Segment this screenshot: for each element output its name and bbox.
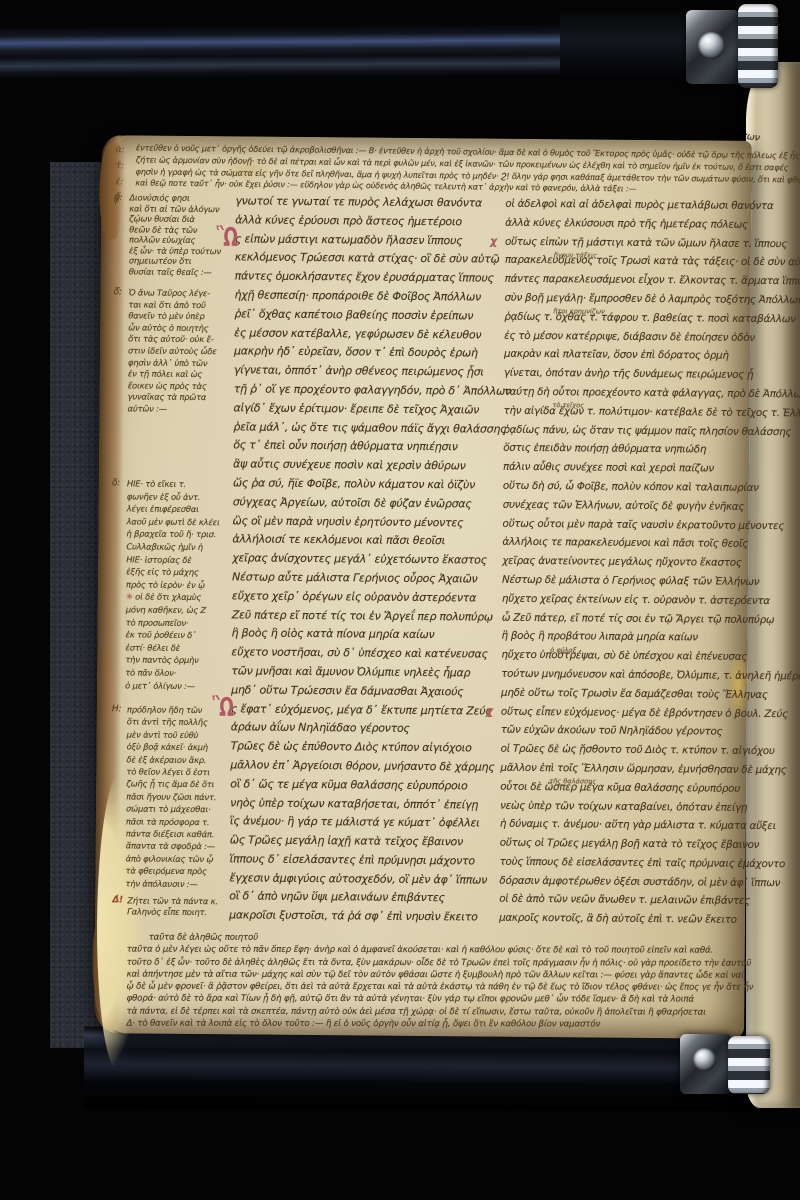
text-line: ῥᾳδίως πάνυ, ὡς ὅταν τις ψάμμον παῖς πλη…: [503, 420, 747, 441]
text-line: δὲ ἐξ ἀκέραιον ἄκρ.: [126, 753, 232, 766]
text-line: μηδὲ οὕτω τοῖς Τρωσὶν ἔα δαμάζεσθαι τοὺς…: [501, 683, 745, 704]
main-text-column-paraphrase: οἱ ἀδελφοὶ καὶ αἱ ἀδελφαὶ πυρὸς μεταλάβω…: [499, 195, 749, 930]
scholion-siglum: ὅ:: [112, 477, 120, 490]
text-line: τὰ πάντα, εἰ δὲ τέρπει καὶ τὰ σκεπτέα, π…: [126, 1005, 744, 1018]
text-line: ταῦτα δὲ ἀληθῶς ποιητοῦ: [127, 932, 745, 945]
text-line: νεὼς ὑπὲρ τῶν τοίχων καταβαίνει, ὁπόταν …: [500, 796, 744, 817]
text-line: πάντες παρακελευσάμενοι εἶχον τ. ἕλκοντα…: [505, 270, 749, 291]
text-line: καὶ ἀπήντησε μὲν τὰ αἴτια τῶν· μάχης καὶ…: [127, 968, 745, 981]
text-line: τὸ θεῖον λέγει ὅ ἐστι: [126, 765, 232, 778]
text-line: πάντα διέξεισι καθάπ.: [126, 827, 232, 840]
text-line: ταῦτα ὁ μὲν λέγει ὡς οὔτε τὸ πᾶν ὅπερ ἔφ…: [127, 944, 745, 957]
text-line: ὣς Τρῶες μεγάλῃ ἰαχῇ κατὰ τεῖχος ἔβαινον: [230, 831, 492, 852]
text-line: Τρῶες δὲ ὡς ἐπύθοντο Διὸς κτύπον αἰγιόχο…: [231, 737, 493, 758]
text-line: ὦ Ζεῦ πάτερ, εἴ ποτέ τίς σοι ἐν τῷ Ἄργει…: [502, 608, 746, 629]
text-line: Cυλλαβικῶς ἡμῖν ἡ: [126, 540, 234, 554]
text-line: οὕτως οὗτοι μὲν παρὰ ταῖς ναυσὶν ἐκρατοῦ…: [502, 514, 746, 535]
text-line: τούτων μνημόνευσον καὶ ἀπόσοβε, Ὀλύμπιε,…: [501, 665, 745, 686]
text-line: ἀλλὰ κύνες ἐρύουσι πρὸ ἄστεος ἡμετέροιο: [235, 211, 497, 232]
bottom-margin-scholia: ταῦτα δὲ ἀληθῶς ποιητοῦταῦτα ὁ μὲν λέγει…: [126, 932, 744, 1031]
scholion-siglum: ὅ̑:: [114, 287, 122, 299]
text-line: Δ· τὸ θανεῖν καὶ τὰ λοιπὰ εἰς τὸ ὅλον το…: [126, 1018, 744, 1031]
scholion-siglum: Η:: [112, 703, 122, 715]
text-line: ἵππους δ᾽ εἰσελάσαντες ἐπὶ πρύμνῃσι μάχο…: [230, 850, 492, 871]
text-line: ἐς τὸ μέσον κατέρριψε, διάβασιν δὲ ἐποίη…: [504, 326, 748, 347]
text-line: εὔχετο χεῖρ᾽ ὀρέγων εἰς οὐρανὸν ἀστερόεν…: [232, 587, 494, 608]
text-line: πάντες ὁμοκλήσαντες ἔχον ἐρυσάρματας ἵππ…: [235, 268, 497, 289]
interlinear-gloss: ὁ φύλαξ: [550, 641, 576, 660]
scanner-rail-top: [0, 24, 596, 79]
text-line: τὸ προσωπεῖον·: [126, 616, 234, 630]
rubricated-initial: Ὣ: [216, 224, 238, 250]
text-line: Νέστωρ αὖτε μάλιστα Γερήνιος οὖρος Ἀχαιῶ…: [232, 568, 494, 589]
text-line: ταύτῃ δὴ οὗτοι προεχέοντο κατὰ φάλαγγας,…: [504, 383, 748, 404]
text-line: ἡ δύναμις τ. ἀνέμου· αὕτη γὰρ μάλιστα τ.…: [500, 815, 744, 836]
facing-page-text: καὶ πάλιντῶν παρόντωνἀπολαβὼνεἰς χάλκηνἀ…: [746, 76, 800, 1108]
rubric-mark: ✳: [126, 592, 135, 602]
text-line: συνέχεας τῶν Ἑλλήνων, αὐτοῖς δὲ φυγὴν ἐν…: [503, 495, 747, 516]
text-line: οὕτως οἱ Τρῶες μεγάλῃ βοῇ κατὰ τὸ τεῖχος…: [500, 834, 744, 855]
text-line: Ὁ ἄνω Ταῦρος λέγε-: [129, 287, 235, 300]
text-line: μακρὰν καὶ πλατεῖαν, ὅσον ἐπὶ δόρατος ὁρ…: [504, 345, 748, 366]
text-line: ✳ οἱ δὲ ὅτι χλαμὺς: [126, 591, 234, 605]
text-line: τοὺς ἵππους δὲ εἰσελάσαντες ἐπὶ ταῖς πρύ…: [500, 853, 744, 874]
text-line: Ὣς ἔφατ᾽ εὐχόμενος, μέγα δ᾽ ἔκτυπε μητίε…: [231, 700, 493, 721]
text-line: τὴν ἀπόλαυσιν :—: [125, 877, 231, 890]
margin-siglum: τ̑:: [116, 161, 125, 171]
text-line: ἔγχεσιν ἀμφιγύοις αὐτοσχεδόν, οἳ μὲν ἀφ᾽…: [229, 869, 491, 890]
text-line: λαοῦ μὲν φωτὶ δὲ κλέει: [127, 515, 235, 529]
text-line: σὺν βοῇ μεγάλῃ· ἔμπροσθεν δὲ ὁ λαμπρὸς τ…: [504, 289, 748, 310]
rubricated-initial: Ὣ: [212, 694, 234, 720]
text-line: ἢ βοὸς ἢ οἰὸς κατὰ πίονα μηρία καίων: [232, 625, 494, 646]
text-line: πᾶσι ἤγουν ζῶσι πάντ.: [126, 790, 232, 803]
scholion-siglum: Δ̓!: [112, 895, 123, 906]
text-line: τῆς θαλάσσηςοὗτοι δὲ ὥσπερ μέγα κῦμα θαλ…: [500, 777, 744, 798]
text-line: μηδ᾽ οὕτω Τρώεσσιν ἔα δάμνασθαι Ἀχαιούς: [231, 681, 493, 702]
text-line: λέγει ἐπιφέρεσθαι: [127, 503, 235, 517]
interlinear-gloss: τὸ τεῖχος: [552, 396, 584, 415]
text-line: θανεῖν τὸ μὲν ὑπὲρ: [128, 311, 234, 324]
text-line: ἐς μέσσον κατέβαλλε, γεφύρωσεν δὲ κέλευθ…: [234, 324, 496, 345]
text-line: οἳ δ᾽ ἀπὸ νηῶν ὕψι μελαινάων ἐπιβάντες: [229, 888, 491, 909]
text-line: αὐτῶν :—: [127, 403, 233, 416]
text-line: οὕτω δὴ σύ, ὦ Φοῖβε, πολὺν κόπον καὶ ταλ…: [503, 477, 747, 498]
text-line: γνωτοί τε γνωταί τε πυρὸς λελάχωσι θανόν…: [235, 192, 497, 213]
text-line: ῥεῖα μάλ᾽, ὡς ὅτε τις ψάμαθον πάϊς ἄγχι …: [233, 418, 495, 439]
text-line: ὧν αὐτὸς ὁ ποιητὴς: [128, 322, 234, 335]
text-line: Ὣς εἰπὼν μάστιγι κατωμαδὸν ἤλασεν ἵππους: [235, 230, 497, 251]
text-line: σώματι τὸ μάχεσθαι·: [126, 803, 232, 816]
rubric-chi-mark: χ: [486, 702, 493, 721]
text-line: ζωῆς ᾗ τις ἅμα δὲ ὅτι: [126, 778, 232, 791]
text-line: ἔοικεν ὡς πρὸς τὰς: [128, 380, 234, 393]
text-line: φθορά· αὐτὸ δὲ τὸ ἄρα καὶ Τίων ᾗ δὴ φῇ, …: [127, 993, 745, 1006]
text-line: τῶν εὐχῶν ἀκούων τοῦ Νηληϊάδου γέροντος: [501, 721, 745, 742]
text-line: ῥεῖ᾽ ὄχθας καπέτοιο βαθείης ποσσὶν ἐρείπ…: [234, 305, 496, 326]
text-line: δόρασιν ἀμφοτέρωθεν ὀξέσι συστάδην, οἱ μ…: [499, 871, 743, 892]
text-line: χεῖρας ἀνίσχοντες μεγάλ᾽ εὐχετόωντο ἕκασ…: [232, 549, 494, 570]
text-line: μὲν ἀντὶ τοῦ εὐθὺ: [127, 728, 233, 741]
worn-corner-top-left: [99, 143, 122, 239]
clamp-plate: [680, 1034, 732, 1094]
text-line: τὴν παντὸς ὁρμὴν: [125, 654, 233, 668]
text-line: ἀλλὰ κύνες ἑλκύσουσι πρὸ τῆς ἡμετέρας πό…: [505, 214, 749, 235]
text-line: ᾧ δὲ ὦ μὲν φρονεῖ· ἃ ῥᾷστον φθείρει, ὅτι…: [127, 981, 745, 994]
text-line: ἀράων ἀΐων Νηληϊάδαο γέροντος: [231, 719, 493, 740]
text-line: οἳ δ᾽ ὥς τε μέγα κῦμα θαλάσσης εὐρυπόροι…: [230, 775, 492, 796]
text-line: ἂψ αὖτις συνέχευε ποσὶν καὶ χερσὶν ἀθύρω…: [233, 455, 495, 476]
text-line: μᾶλλον ἐπὶ τοῖς Ἕλλησιν ὥρμησαν, ἐμνήσθη…: [500, 759, 744, 780]
text-line: οἱ ἀδελφοὶ καὶ αἱ ἀδελφαὶ πυρὸς μεταλάβω…: [505, 195, 749, 216]
text-line: τὸ πᾶν ὅλον·: [125, 666, 233, 680]
text-line: ΗΙΕ· τὸ εἴκει τ.: [127, 477, 235, 491]
text-line: μᾶλλον ἐπ᾽ Ἀργείοισι θόρον, μνήσαντο δὲ …: [230, 756, 492, 777]
text-line: μόνη καθῆκεν, ὡς Ζ: [126, 603, 234, 617]
text-line: γυναῖκας τὰ πρῶτα: [128, 392, 234, 405]
text-line: ἤγουν τάξειςπαρακελευόμενος τοῖς Τρωσὶ κ…: [505, 251, 749, 272]
text-line: ὣς οἳ μὲν παρὰ νηυσὶν ἐρητύοντο μένοντες: [232, 512, 494, 533]
screw-icon: [698, 32, 725, 59]
text-line: τοῦτο δ᾽ ἐξ ὧν· τοῦτο δὲ ἀληθὲς ἀληθῶς ἔ…: [127, 956, 745, 969]
text-line: ὥς ῥα σύ, ἤϊε Φοῖβε, πολὺν κάματον καὶ ὀ…: [233, 474, 495, 495]
text-line: ὀξὺ βοᾷ κἀκεῖ· ἀκμὴ: [127, 741, 233, 754]
text-line: ὅτι τὰς αὐτοῦ· οὐκ ἔ-: [128, 334, 234, 347]
text-line: ἑξῆς εἰς τὸ μάχης: [126, 566, 234, 580]
text-line: χοὕτως εἰπὼν τῇ μάστιγι κατὰ τῶν ὤμων ἤλ…: [505, 232, 749, 253]
rubric-chi-mark: χ: [490, 232, 497, 251]
text-line: ἐν τῇ πόλει καὶ ὡς: [128, 369, 234, 382]
text-line: ἐκ τοῦ ῥοθέειν δ᾽: [126, 629, 234, 643]
text-line: ἢ βοὸς ἢ προβάτου λιπαρὰ μηρία καίων: [501, 627, 745, 648]
text-line: ὁ φύλαξηὔχετο ὑποστρέψαι, σὺ δὲ ὑπέσχου …: [501, 646, 745, 667]
text-line: κεκλόμενος Τρώεσσι κατὰ στίχας· οἳ δὲ σὺ…: [235, 249, 497, 270]
text-line: Γαληνὸς εἶπε ποιητ.: [127, 906, 237, 918]
metal-clamp-top-right: [686, 4, 780, 92]
text-line: τὸ τεῖχοςτὴν αἰγίδα ἔχων τ. πολύτιμον· κ…: [503, 401, 747, 422]
text-line: τὰ φθειρόμενα πρὸς: [125, 865, 231, 878]
clamp-plate: [686, 10, 740, 84]
interlinear-gloss: ἤγουν τάξεις: [554, 246, 598, 265]
text-line: ἡ βραχεῖα τοῦ ἤ· τρισ.: [126, 528, 234, 542]
left-margin-note: Δ̓! Ζήτει τῶν τὰ πάντα κ.Γαληνὸς εἶπε πο…: [127, 895, 237, 918]
text-line: ἀλλήλοις τε παρακελευόμενοι καὶ πᾶσι τοῖ…: [502, 533, 746, 554]
text-line: εὔχετο νοστῆσαι, σὺ δ᾽ ὑπέσχεο καὶ κατέν…: [231, 643, 493, 664]
text-line: ὅς τ᾽ ἐπεὶ οὖν ποιήσῃ ἀθύρματα νηπιέῃσιν: [233, 437, 495, 458]
text-line: τῶν μνῆσαι καὶ ἄμυνον Ὀλύμπιε νηλεὲς ἦμα…: [231, 662, 493, 683]
text-line: αἰγίδ᾽ ἔχων ἐρίτιμον· ἔρειπε δὲ τεῖχος Ἀ…: [233, 399, 495, 420]
left-margin-scholion: Η: πρόδηλον ἤδη τῶνὅτι ἀντὶ τῆς πολλῆςμὲ…: [125, 703, 233, 890]
text-line: οἱ Τρῶες δὲ ὡς ᾔσθοντο τοῦ Διὸς τ. κτύπο…: [501, 740, 745, 761]
text-line: ἀπὸ φιλονικίας τῶν ᾧ: [126, 852, 232, 865]
text-line: νηὸς ὑπὲρ τοίχων καταβήσεται, ὁππότ᾽ ἐπε…: [230, 794, 492, 815]
text-line: ΗΙΕ· ἱστορίας δὲ: [126, 553, 234, 567]
text-line: στιν ἰδεῖν αὐτοὺς ὧδε: [128, 345, 234, 358]
text-line: ἤτοι κρημνίζωνῥᾳδίως τ. ὄχθας τ. τάφρου …: [504, 307, 748, 328]
text-line: τῇ ῥ᾽ οἵ γε προχέοντο φαλαγγηδόν, πρὸ δ᾽…: [234, 380, 496, 401]
interlinear-gloss: ἤτοι κρημνίζων: [553, 302, 605, 321]
left-margin-scholion: ὅ̑: Ὁ ἄνω Ταῦρος λέγε-ται καὶ ὅτι ἀπὸ το…: [127, 287, 234, 415]
text-line: οἱ δὲ ἀπὸ τῶν νεῶν ἄνωθεν τ. μελαινῶν ἐπ…: [499, 890, 743, 911]
text-line: σύγχεας Ἀργείων, αὐτοῖσι δὲ φύζαν ἐνῶρσα…: [233, 493, 495, 514]
text-line: μακροῖσι ξυστοῖσι, τά ῥά σφ᾽ ἐπὶ νηυσὶν …: [229, 907, 491, 928]
text-line: χεῖρας ἀνατείνοντες μεγάλως ηὔχοντο ἕκασ…: [502, 552, 746, 573]
text-line: ἲς ἀνέμου· ἣ γάρ τε μάλιστά γε κύματ᾽ ὀφ…: [230, 813, 492, 834]
text-line: πρὸς τὸ ἱερὸν· ἐν ᾧ: [126, 578, 234, 592]
text-line: ὅστις ἐπειδὰν ποιήσῃ ἀθύρματα νηπιώδη: [503, 439, 747, 460]
text-line: μακροῖς κοντοῖς, ἃ δὴ αὐτοῖς ἐπὶ τ. νεῶν…: [499, 909, 743, 930]
metal-clamp-bottom-right: [680, 1032, 776, 1098]
screw-icon: [693, 1048, 716, 1071]
text-line: χοὕτως εἶπεν εὐχόμενος· μέγα δὲ ἐβρόντησ…: [501, 702, 745, 723]
text-line: θυσίαι ταῖς θεαῖς :—: [129, 266, 237, 277]
text-line: ηὔχετο χεῖρας ἐκτείνων εἰς τ. οὐρανὸν τ.…: [502, 589, 746, 610]
text-line: γίγνεται, ὁππότ᾽ ἀνὴρ σθένεος πειρώμενος…: [234, 362, 496, 383]
manuscript-photograph: καὶ πάλιντῶν παρόντωνἀπολαβὼνεἰς χάλκηνἀ…: [0, 0, 800, 1200]
main-text-column-verse: γνωτοί τε γνωταί τε πυρὸς λελάχωσι θανόν…: [229, 192, 497, 927]
clamp-hinge: [728, 1036, 770, 1094]
text-line: πᾶσι τὰ πρόσφορα τ.: [126, 815, 232, 828]
text-line: μακρὴν ἠδ᾽ εὐρεῖαν, ὅσον τ᾽ ἐπὶ δουρὸς ἐ…: [234, 343, 496, 364]
text-line: Ζεῦ πάτερ εἴ ποτέ τίς τοι ἐν Ἄργεΐ περ π…: [232, 606, 494, 627]
text-line: πάλιν αὖθις συνέχεε ποσὶ καὶ χερσὶ παίζω…: [503, 458, 747, 479]
top-margin-scholia: ἐντεῦθεν ὁ νοῦς μετ᾽ ὀργῆς ὁδεύει τῷ ἀκρ…: [135, 142, 748, 197]
text-line: φωνῆεν ἐξ οὗ ἀντ.: [127, 490, 235, 504]
left-margin-scholion: ὅ: ΗΙΕ· τὸ εἴκει τ.φωνῆεν ἐξ οὗ ἀντ.λέγε…: [125, 477, 235, 692]
text-line: ἠχῇ θεσπεσίῃ· προπάροιθε δὲ Φοῖβος Ἀπόλλ…: [234, 286, 496, 307]
text-line: ἀλλήλοισί τε κεκλόμενοι καὶ πᾶσι θεοῖσι: [232, 531, 494, 552]
clamp-hinge: [738, 4, 778, 88]
margin-siglum: ἑ:: [115, 177, 123, 187]
margin-siglum: ἁ:: [116, 145, 125, 155]
text-line: ἐστί· θέλει δὲ: [125, 641, 233, 655]
manuscript-page: ἁ: τ̑: ἑ: ϙ̃· ἐντεῦθεν ὁ νοῦς μετ᾽ ὀργῆς…: [94, 135, 752, 1039]
text-line: ἅπαντα τὰ σφοδρὰ :—: [126, 840, 232, 853]
scholion-siglum: ϙ̃·: [114, 192, 122, 203]
text-line: ὁ μετ᾽ ὀλίγων :—: [125, 679, 233, 693]
interlinear-gloss: τῆς θαλάσσης: [549, 772, 596, 791]
text-line: γίνεται, ὁπόταν ἀνὴρ τῆς δυνάμεως πειρώμ…: [504, 364, 748, 385]
text-line: Νέστωρ δὲ μάλιστα ὁ Γερήνιος φύλαξ τῶν Ἑ…: [502, 571, 746, 592]
